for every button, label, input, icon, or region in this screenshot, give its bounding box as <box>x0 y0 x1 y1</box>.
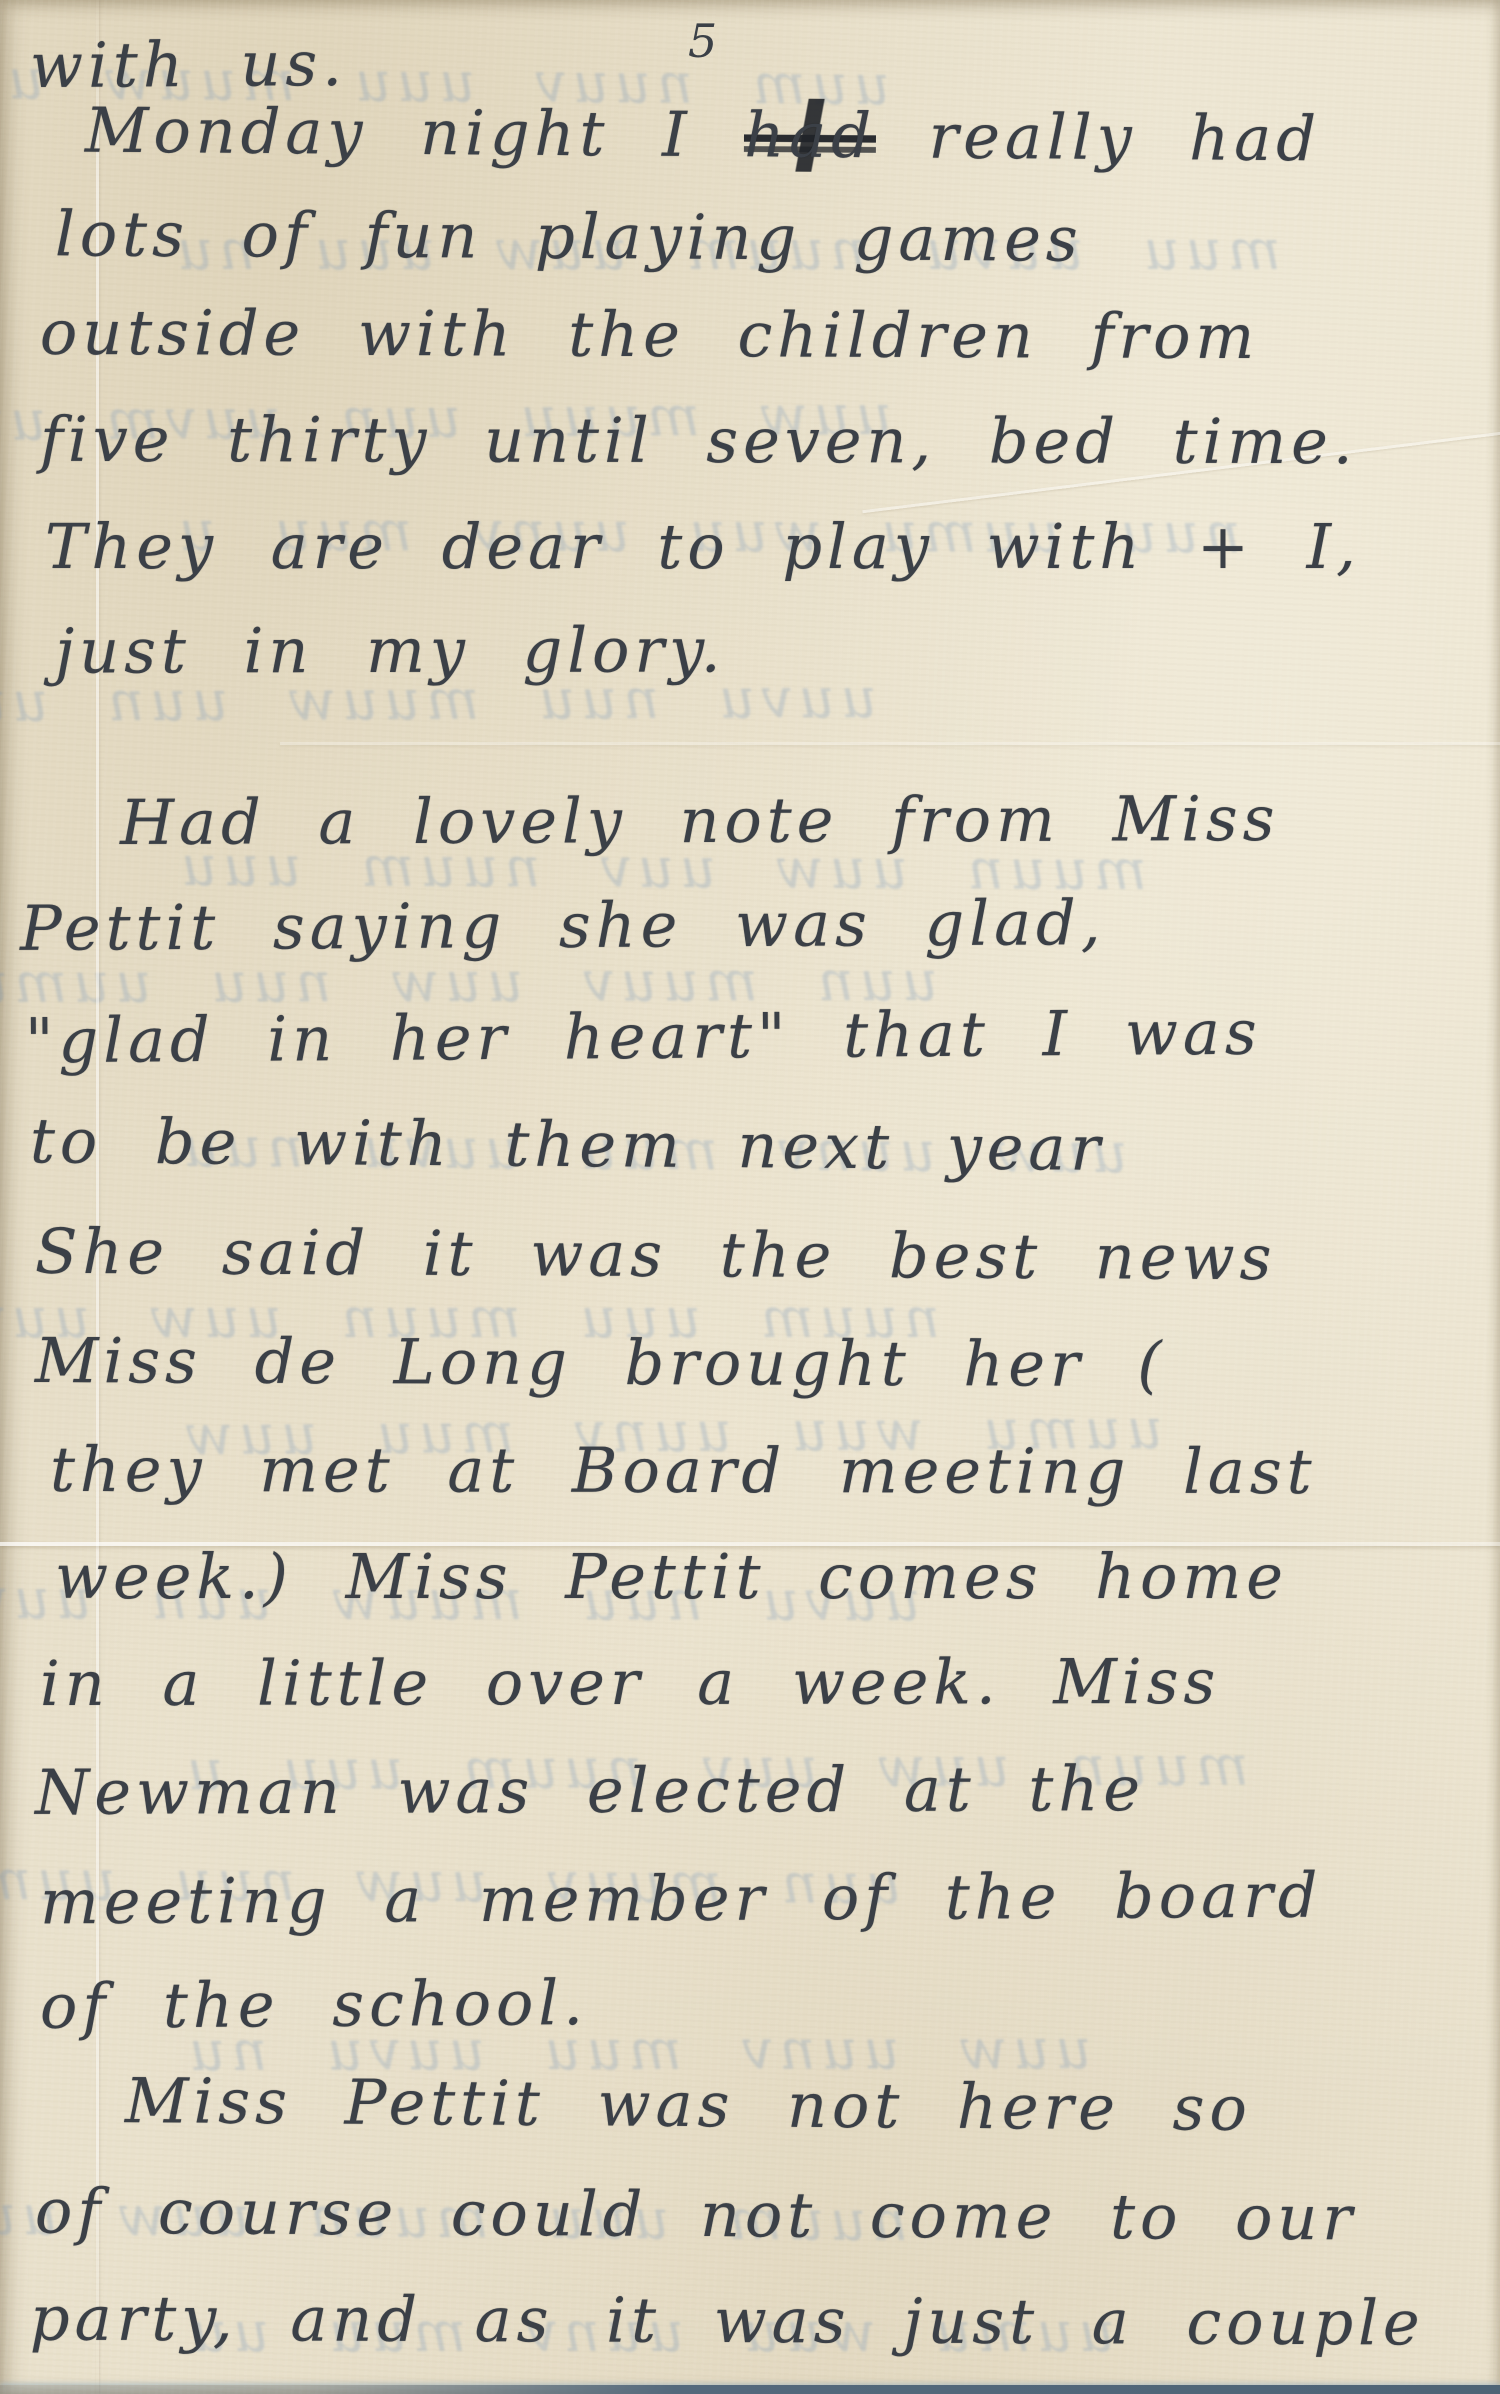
handwritten-line-1: with us. <box>30 33 347 97</box>
crossed-out-word: had <box>744 98 876 172</box>
line-text: Monday night I <box>85 94 745 172</box>
handwritten-line-20: Miss Pettit was not here so <box>125 2070 1252 2140</box>
handwritten-line-11: to be with them next year <box>30 1110 1105 1180</box>
handwritten-line-6: They are dear to play with + I, <box>45 516 1361 578</box>
handwritten-line-13: Miss de Long brought her ( <box>35 1330 1167 1396</box>
handwritten-line-8: Had a lovely note from Miss <box>120 788 1280 854</box>
handwritten-line-12: She said it was the best news <box>35 1221 1277 1289</box>
handwritten-line-14: they met at Board meeting last <box>50 1439 1317 1503</box>
handwritten-line-22: party, and as it was just a couple <box>30 2288 1425 2355</box>
handwritten-line-19: of the school. <box>40 1972 588 2038</box>
handwritten-line-18: meeting a member of the board <box>40 1865 1323 1934</box>
handwritten-line-2: Monday night I had really had <box>85 100 1321 171</box>
handwritten-line-9: Pettit saying she was glad, <box>20 892 1106 960</box>
scan-edge <box>0 2385 1500 2394</box>
handwritten-line-7: just in my glory. <box>55 619 726 682</box>
handwritten-line-4: outside with the children from <box>40 302 1259 368</box>
letter-page: uum nuuv uuu muuw uumuu uuvu nuum uuw uu… <box>0 0 1500 2394</box>
paper-crease-upper <box>280 742 1500 745</box>
handwritten-line-21: of course could not come to our <box>35 2181 1357 2250</box>
handwritten-line-10: "glad in her heart" that I was <box>25 1002 1262 1073</box>
handwritten-line-15: week.) Miss Pettit comes home <box>55 1546 1288 1608</box>
handwritten-line-5: five thirty until seven, bed time. <box>40 409 1358 473</box>
line-text: really had <box>876 99 1321 175</box>
handwritten-line-3: lots of fun playing games <box>55 203 1083 270</box>
handwritten-line-17: Newman was elected at the <box>35 1758 1145 1824</box>
page-number: 5 <box>688 14 717 68</box>
handwritten-line-16: in a little over a week. Miss <box>40 1651 1220 1715</box>
